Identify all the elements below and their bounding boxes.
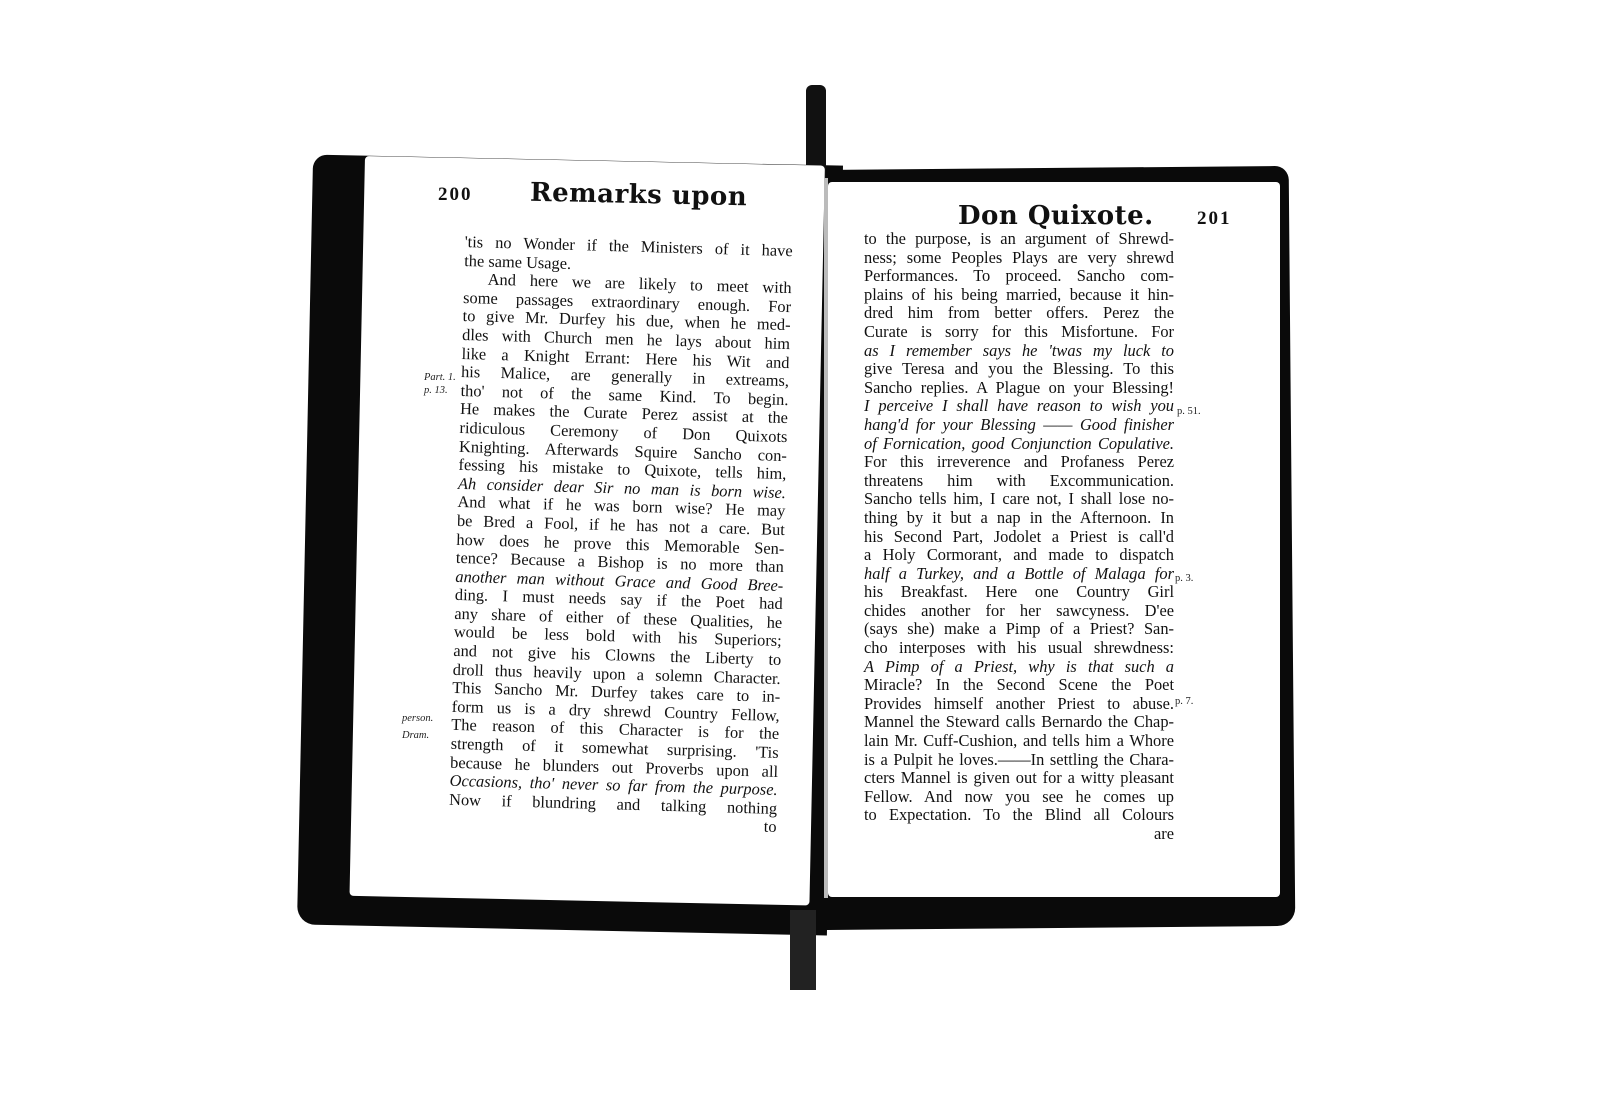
margin-note-dram-person: person. Dram. <box>402 712 433 742</box>
text-line: of Fornication, good Conjunction Copulat… <box>864 435 1174 454</box>
text-line: his Breakfast. Here one Country Girl <box>864 583 1174 602</box>
text-line: Mannel the Steward calls Bernardo the Ch… <box>864 713 1174 732</box>
text-line: Curate is sorry for this Misfortune. For <box>864 323 1174 342</box>
text-line: cho interposes with his usual shrewdness… <box>864 639 1174 658</box>
right-running-head: Don Quixote. <box>958 201 1154 231</box>
text-line: I perceive I shall have reason to wish y… <box>864 397 1174 416</box>
text-line: hang'd for your Blessing —— Good finishe… <box>864 416 1174 435</box>
margin-note-part-ref: Part. 1. p. 13. <box>424 371 456 397</box>
left-page-body-text: 'tis no Wonder if the Ministers of it ha… <box>448 233 792 837</box>
text-line: as I remember says he 'twas my luck to <box>864 342 1174 361</box>
text-line: Performances. To proceed. Sancho com- <box>864 267 1174 286</box>
text-line: is a Pulpit he loves.——In settling the C… <box>864 751 1174 770</box>
text-line: chides another for her sawcyness. D'ee <box>864 602 1174 621</box>
text-line: (says she) make a Pimp of a Priest? San- <box>864 620 1174 639</box>
text-line: give Teresa and you the Blessing. To thi… <box>864 360 1174 379</box>
text-line: his Second Part, Jodolet a Priest is cal… <box>864 528 1174 547</box>
text-line: Miracle? In the Second Scene the Poet <box>864 676 1174 695</box>
margin-note-p51: p. 51. <box>1177 405 1201 418</box>
left-page-number: 200 <box>438 184 473 206</box>
text-line: threatens him with Excommunication. <box>864 472 1174 491</box>
left-running-head: Remarks upon <box>530 178 748 213</box>
book-spine-bottom <box>790 910 816 990</box>
margin-note-p3: p. 3. <box>1175 572 1193 585</box>
catchword: are <box>864 825 1174 844</box>
text-line: half a Turkey, and a Bottle of Malaga fo… <box>864 565 1174 584</box>
text-line: cters Mannel is given out for a witty pl… <box>864 769 1174 788</box>
text-line: A Pimp of a Priest, why is that such a <box>864 658 1174 677</box>
text-line: to the purpose, is an argument of Shrewd… <box>864 230 1174 249</box>
book-gutter <box>824 178 828 898</box>
text-line: to Expectation. To the Blind all Colours <box>864 806 1174 825</box>
text-line: For this irreverence and Profaness Perez <box>864 453 1174 472</box>
text-line: lain Mr. Cuff-Cushion, and tells him a W… <box>864 732 1174 751</box>
text-line: Provides himself another Priest to abuse… <box>864 695 1174 714</box>
text-line: thing by it but a nap in the Afternoon. … <box>864 509 1174 528</box>
text-line: Sancho tells him, I care not, I shall lo… <box>864 490 1174 509</box>
text-line: ness; some Peoples Plays are very shrewd <box>864 249 1174 268</box>
text-line: a Holy Cormorant, and made to dispatch <box>864 546 1174 565</box>
scanned-book-spread: 200 Remarks upon Part. 1. p. 13. person.… <box>0 0 1600 1108</box>
text-line: plains of his being married, because it … <box>864 286 1174 305</box>
right-page-body-text: to the purpose, is an argument of Shrewd… <box>864 230 1174 844</box>
margin-note-p7: p. 7. <box>1175 695 1193 708</box>
right-page-number: 201 <box>1197 208 1232 230</box>
text-line: Fellow. And now you see he comes up <box>864 788 1174 807</box>
text-line: Sancho replies. A Plague on your Blessin… <box>864 379 1174 398</box>
text-line: dred him from better offers. Perez the <box>864 304 1174 323</box>
